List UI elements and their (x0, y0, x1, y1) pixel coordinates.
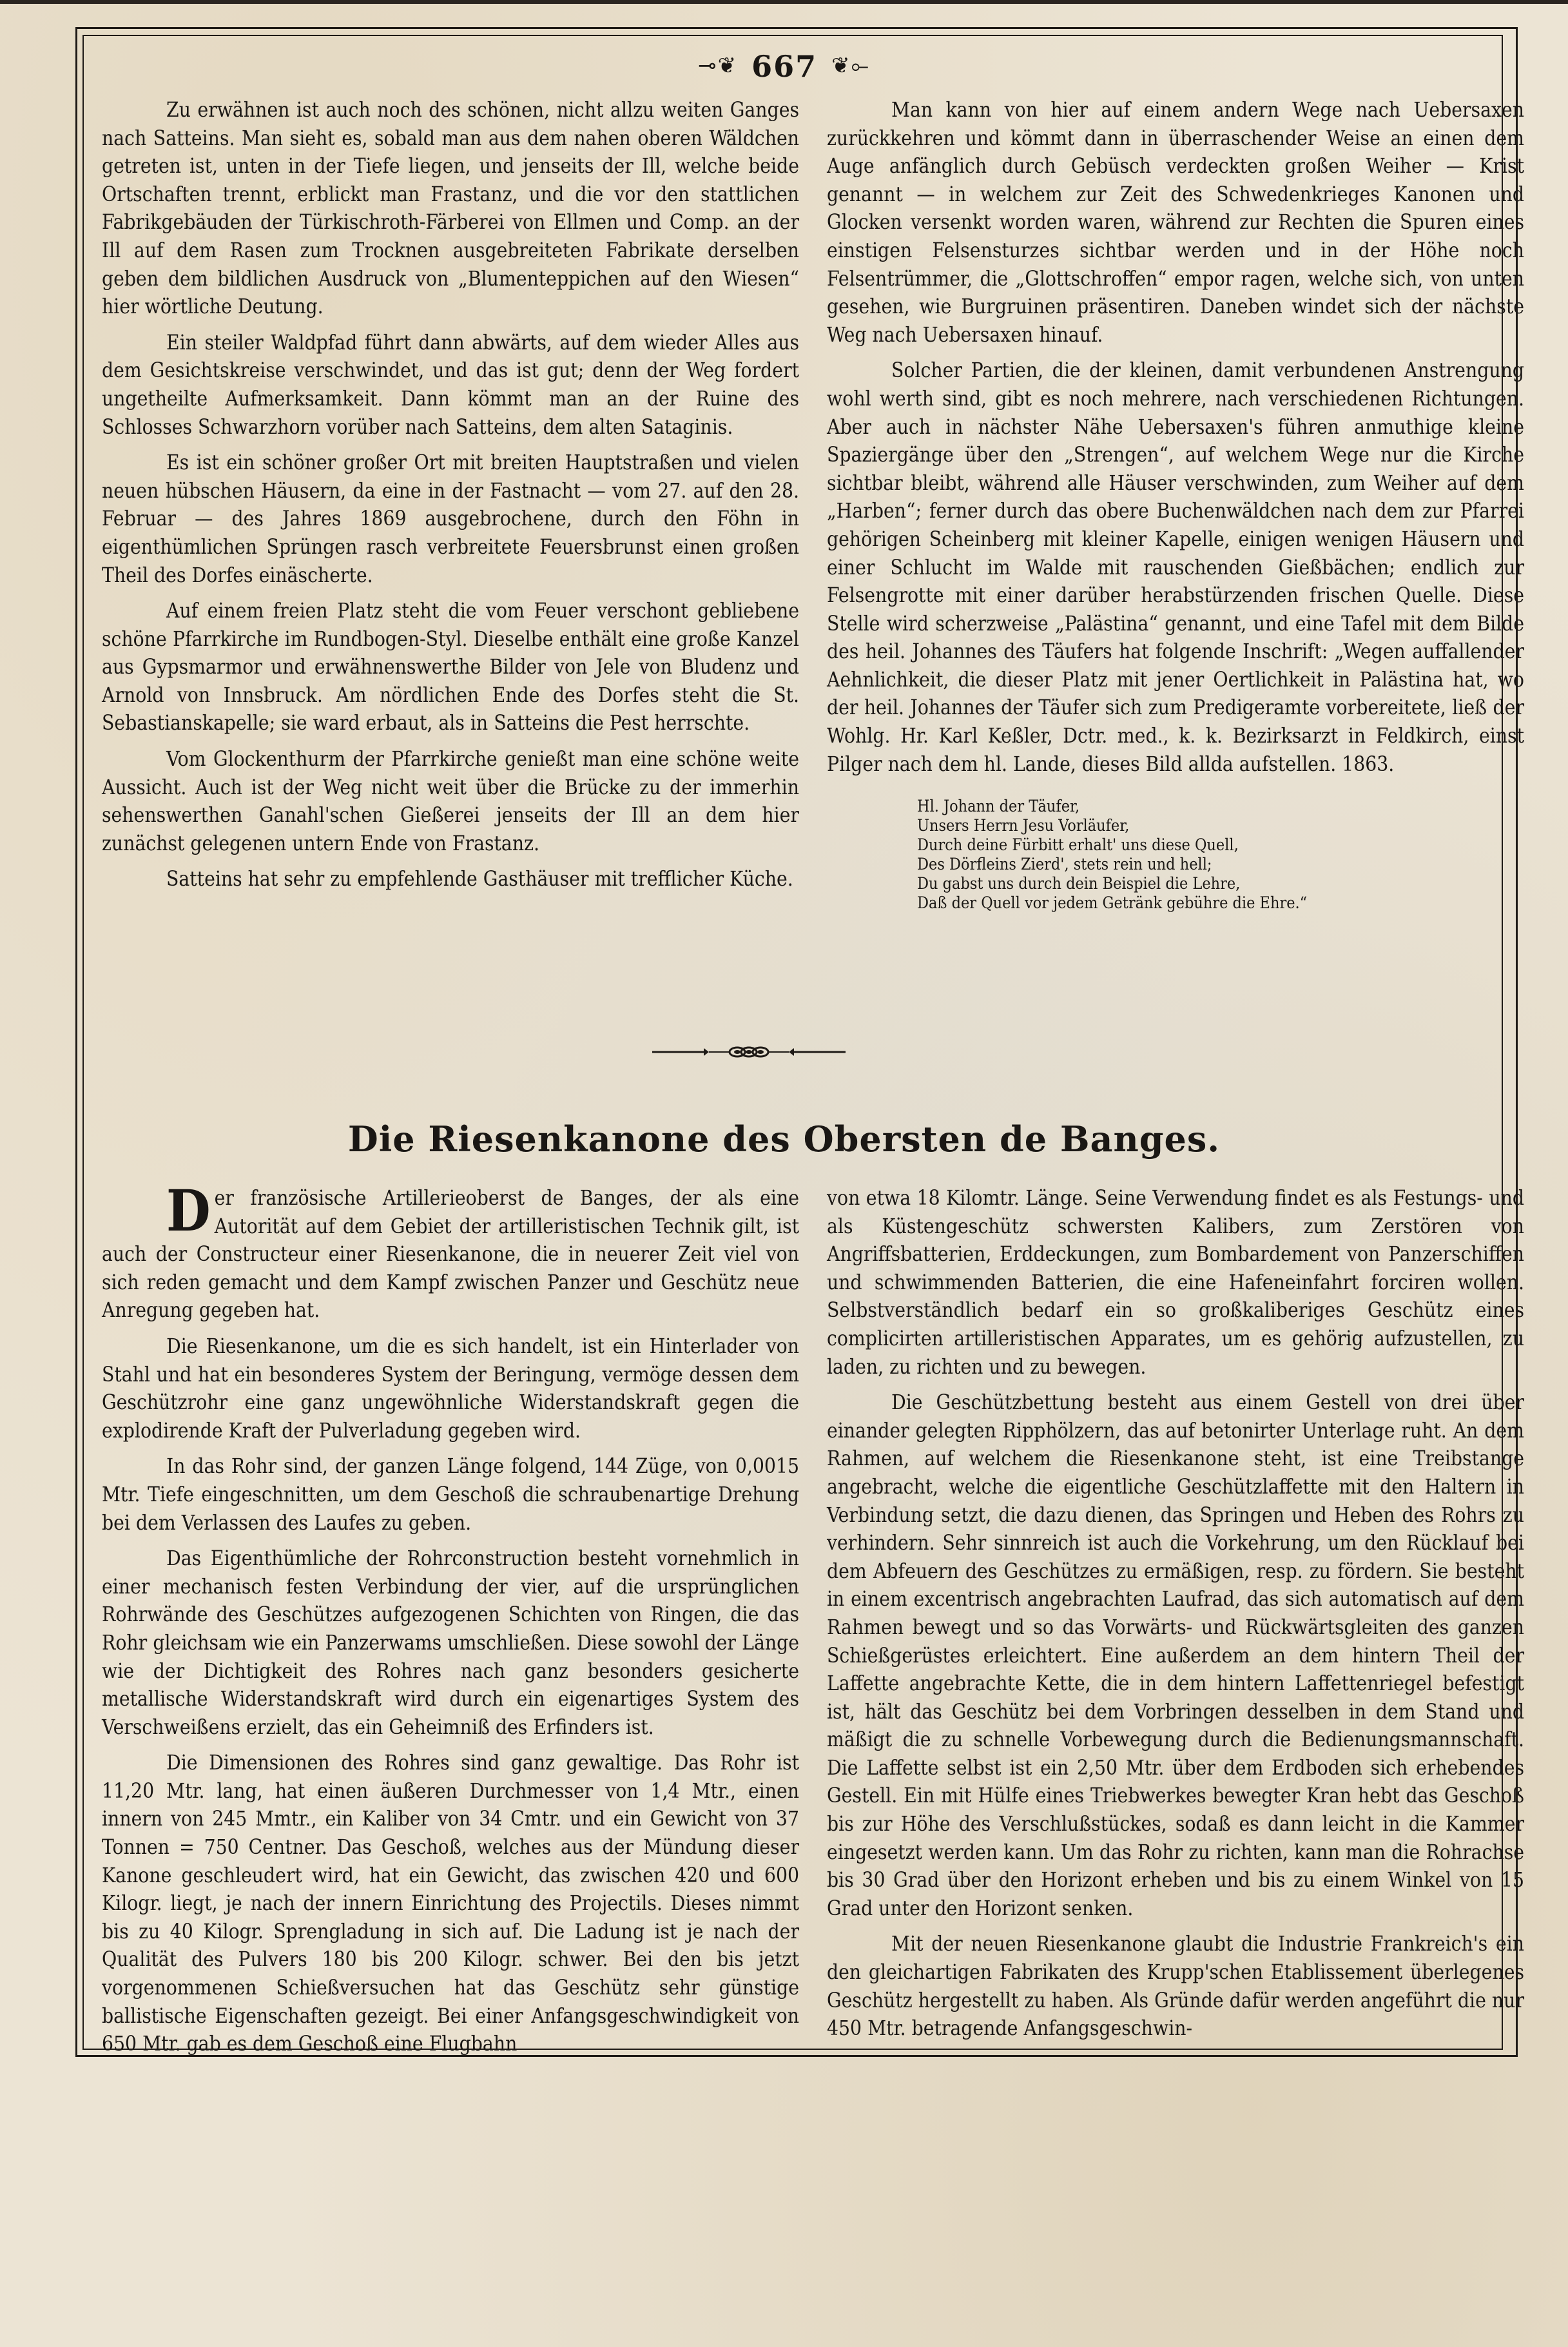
ornamental-divider-icon (652, 1046, 846, 1058)
upper-right-column: Man kann von hier auf einem andern Wege … (827, 97, 1524, 913)
paragraph: In das Rohr sind, der ganzen Länge folge… (102, 1453, 799, 1537)
paragraph: Vom Glockenthurm der Pfarrkirche genießt… (102, 746, 799, 858)
poem-line: Du gabst uns durch dein Beispiel die Leh… (917, 874, 1524, 893)
paragraph: Das Eigenthümliche der Rohrconstruction … (102, 1545, 799, 1742)
poem-line: Hl. Johann der Täufer, (917, 797, 1524, 816)
poem-line: Durch deine Fürbitt erhalt' uns diese Qu… (917, 835, 1524, 855)
poem-line: Daß der Quell vor jedem Getränk gebühre … (917, 893, 1524, 913)
inscription-poem: Hl. Johann der Täufer, Unsers Herrn Jesu… (917, 797, 1524, 913)
article-right-column: von etwa 18 Kilomtr. Länge. Seine Verwen… (827, 1185, 1524, 2051)
continuation-paragraph: von etwa 18 Kilomtr. Länge. Seine Verwen… (827, 1185, 1524, 1381)
poem-line: Des Dörfleins Zierd', stets rein und hel… (917, 855, 1524, 874)
paragraph: Die Dimensionen des Rohres sind ganz gew… (102, 1749, 799, 2059)
paragraph: Satteins hat sehr zu empfehlende Gasthäu… (102, 866, 799, 894)
page-number-header: ⊸❦667❦⟜ (0, 49, 1568, 84)
article-headline: Die Riesenkanone des Obersten de Banges. (0, 1118, 1568, 1160)
paragraph: Solcher Partien, die der kleinen, damit … (827, 357, 1524, 779)
article-left-column: Der französische Artillerieoberst de Ban… (102, 1185, 799, 2067)
lead-paragraph: Der französische Artillerieoberst de Ban… (102, 1185, 799, 1325)
upper-left-column: Zu erwähnen ist auch noch des schönen, n… (102, 97, 799, 902)
ornament-left-icon: ⊸❦ (698, 53, 737, 79)
paragraph: Auf einem freien Platz steht die vom Feu… (102, 598, 799, 738)
paragraph: Es ist ein schöner großer Ort mit breite… (102, 449, 799, 590)
paragraph: Mit der neuen Riesenkanone glaubt die In… (827, 1931, 1524, 2043)
paragraph: Zu erwähnen ist auch noch des schönen, n… (102, 97, 799, 322)
ornament-right-icon: ❦⟜ (831, 53, 870, 79)
paragraph: Man kann von hier auf einem andern Wege … (827, 97, 1524, 349)
page-number: 667 (751, 49, 817, 84)
paragraph: Ein steiler Waldpfad führt dann abwärts,… (102, 329, 799, 442)
drop-cap: D (166, 1187, 211, 1234)
paragraph: Die Riesenkanone, um die es sich handelt… (102, 1333, 799, 1445)
paragraph: Die Geschützbettung besteht aus einem Ge… (827, 1389, 1524, 1923)
scan-edge (0, 0, 1568, 4)
poem-line: Unsers Herrn Jesu Vorläufer, (917, 816, 1524, 835)
